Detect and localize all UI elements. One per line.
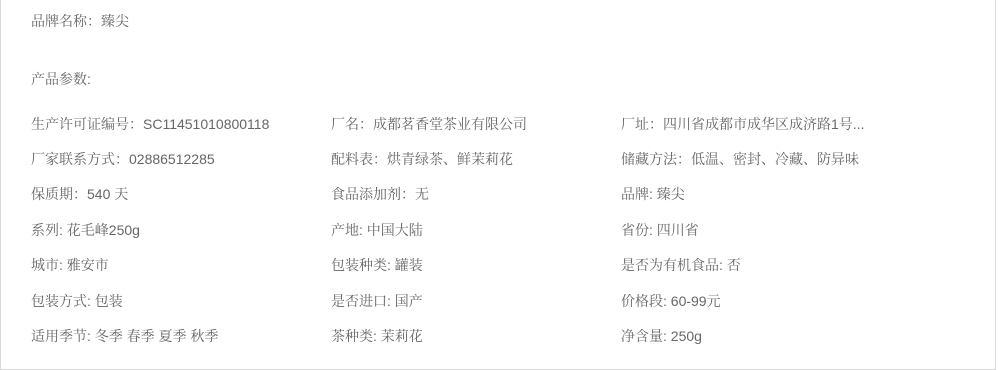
param-cell: 净含量: 250g (621, 327, 995, 345)
param-value: 花毛峰250g (67, 222, 140, 238)
param-label: 茶种类 (331, 328, 373, 344)
param-cell: 保质期：540 天 (31, 185, 331, 203)
param-label: 储藏方法 (621, 151, 677, 167)
param-value: 国产 (395, 293, 423, 309)
param-label: 品牌名称 (31, 13, 87, 29)
param-colon: : (663, 328, 671, 344)
param-colon: ： (359, 116, 373, 132)
param-colon: : (649, 186, 657, 202)
param-label: 适用季节 (31, 328, 87, 344)
param-cell: 产地: 中国大陆 (331, 221, 621, 239)
param-colon: ： (115, 151, 129, 167)
param-colon: ： (129, 116, 143, 132)
param-colon: ： (677, 151, 691, 167)
param-cell: 生产许可证编号：SC11451010800118 (31, 115, 331, 133)
param-label: 价格段 (621, 293, 663, 309)
param-cell: 配料表：烘青绿茶、鲜茉莉花 (331, 150, 621, 168)
param-label: 系列 (31, 222, 59, 238)
param-label: 食品添加剂 (331, 186, 401, 202)
param-label: 包装种类 (331, 257, 387, 273)
param-colon: : (359, 222, 367, 238)
param-value: 中国大陆 (367, 222, 423, 238)
param-colon: ： (401, 186, 415, 202)
param-label: 是否为有机食品 (621, 257, 719, 273)
param-colon: : (387, 257, 395, 273)
param-cell: 品牌: 臻尖 (621, 185, 995, 203)
param-value: 成都茗香堂茶业有限公司 (373, 116, 527, 132)
param-label: 是否进口 (331, 293, 387, 309)
param-value: 540 天 (87, 186, 128, 202)
param-value: 包装 (95, 293, 123, 309)
param-colon: : (649, 222, 657, 238)
param-value: 茉莉花 (381, 328, 423, 344)
param-value: 雅安市 (67, 257, 109, 273)
param-label: 净含量 (621, 328, 663, 344)
param-label: 产地 (331, 222, 359, 238)
param-value: 250g (671, 328, 702, 344)
product-params-grid: 生产许可证编号：SC11451010800118 厂名：成都茗香堂茶业有限公司 … (31, 106, 995, 354)
param-value: SC11451010800118 (143, 116, 269, 132)
param-cell: 省份: 四川省 (621, 221, 995, 239)
brand-name-row: 品牌名称：臻尖 (1, 0, 995, 30)
param-colon: ： (73, 186, 87, 202)
param-value: 烘青绿茶、鲜茉莉花 (387, 151, 513, 167)
param-label: 包装方式 (31, 293, 87, 309)
param-label: 保质期 (31, 186, 73, 202)
param-colon: : (59, 257, 67, 273)
param-cell: 城市: 雅安市 (31, 256, 331, 274)
param-colon: : (663, 293, 671, 309)
param-cell: 适用季节: 冬季 春季 夏季 秋季 (31, 327, 331, 345)
param-value: 臻尖 (101, 13, 129, 29)
param-label: 厂址 (621, 116, 649, 132)
param-value: 冬季 春季 夏季 秋季 (95, 328, 219, 344)
param-value: 无 (415, 186, 429, 202)
param-cell: 储藏方法：低温、密封、冷藏、防异味 (621, 150, 995, 168)
product-params-panel: 品牌名称：臻尖 产品参数: 生产许可证编号：SC11451010800118 厂… (0, 0, 996, 370)
param-cell: 厂名：成都茗香堂茶业有限公司 (331, 115, 621, 133)
param-cell: 系列: 花毛峰250g (31, 221, 331, 239)
param-label: 品牌 (621, 186, 649, 202)
param-value: 否 (727, 257, 741, 273)
param-cell: 包装种类: 罐装 (331, 256, 621, 274)
param-value: 四川省成都市成华区成济路1号... (663, 116, 864, 132)
param-colon: ： (87, 13, 101, 29)
param-cell: 包装方式: 包装 (31, 292, 331, 310)
param-label: 配料表 (331, 151, 373, 167)
param-label: 厂名 (331, 116, 359, 132)
param-label: 生产许可证编号 (31, 116, 129, 132)
param-cell: 厂址：四川省成都市成华区成济路1号... (621, 115, 995, 133)
param-colon: : (719, 257, 727, 273)
param-cell: 茶种类: 茉莉花 (331, 327, 621, 345)
param-colon: : (87, 293, 95, 309)
param-cell: 价格段: 60-99元 (621, 292, 995, 310)
param-value: 臻尖 (657, 186, 685, 202)
param-value: 02886512285 (129, 151, 215, 167)
param-cell: 厂家联系方式：02886512285 (31, 150, 331, 168)
param-value: 低温、密封、冷藏、防异味 (691, 151, 859, 167)
param-value: 罐装 (395, 257, 423, 273)
param-value: 四川省 (657, 222, 699, 238)
param-label: 厂家联系方式 (31, 151, 115, 167)
param-label: 省份 (621, 222, 649, 238)
param-cell: 是否进口: 国产 (331, 292, 621, 310)
param-colon: ： (373, 151, 387, 167)
product-params-title: 产品参数: (1, 70, 995, 88)
param-colon: : (387, 293, 395, 309)
param-colon: ： (649, 116, 663, 132)
param-colon: : (87, 328, 95, 344)
param-colon: : (59, 222, 67, 238)
param-cell: 食品添加剂：无 (331, 185, 621, 203)
param-cell: 是否为有机食品: 否 (621, 256, 995, 274)
param-colon: : (373, 328, 381, 344)
param-label: 城市 (31, 257, 59, 273)
param-value: 60-99元 (671, 293, 721, 309)
